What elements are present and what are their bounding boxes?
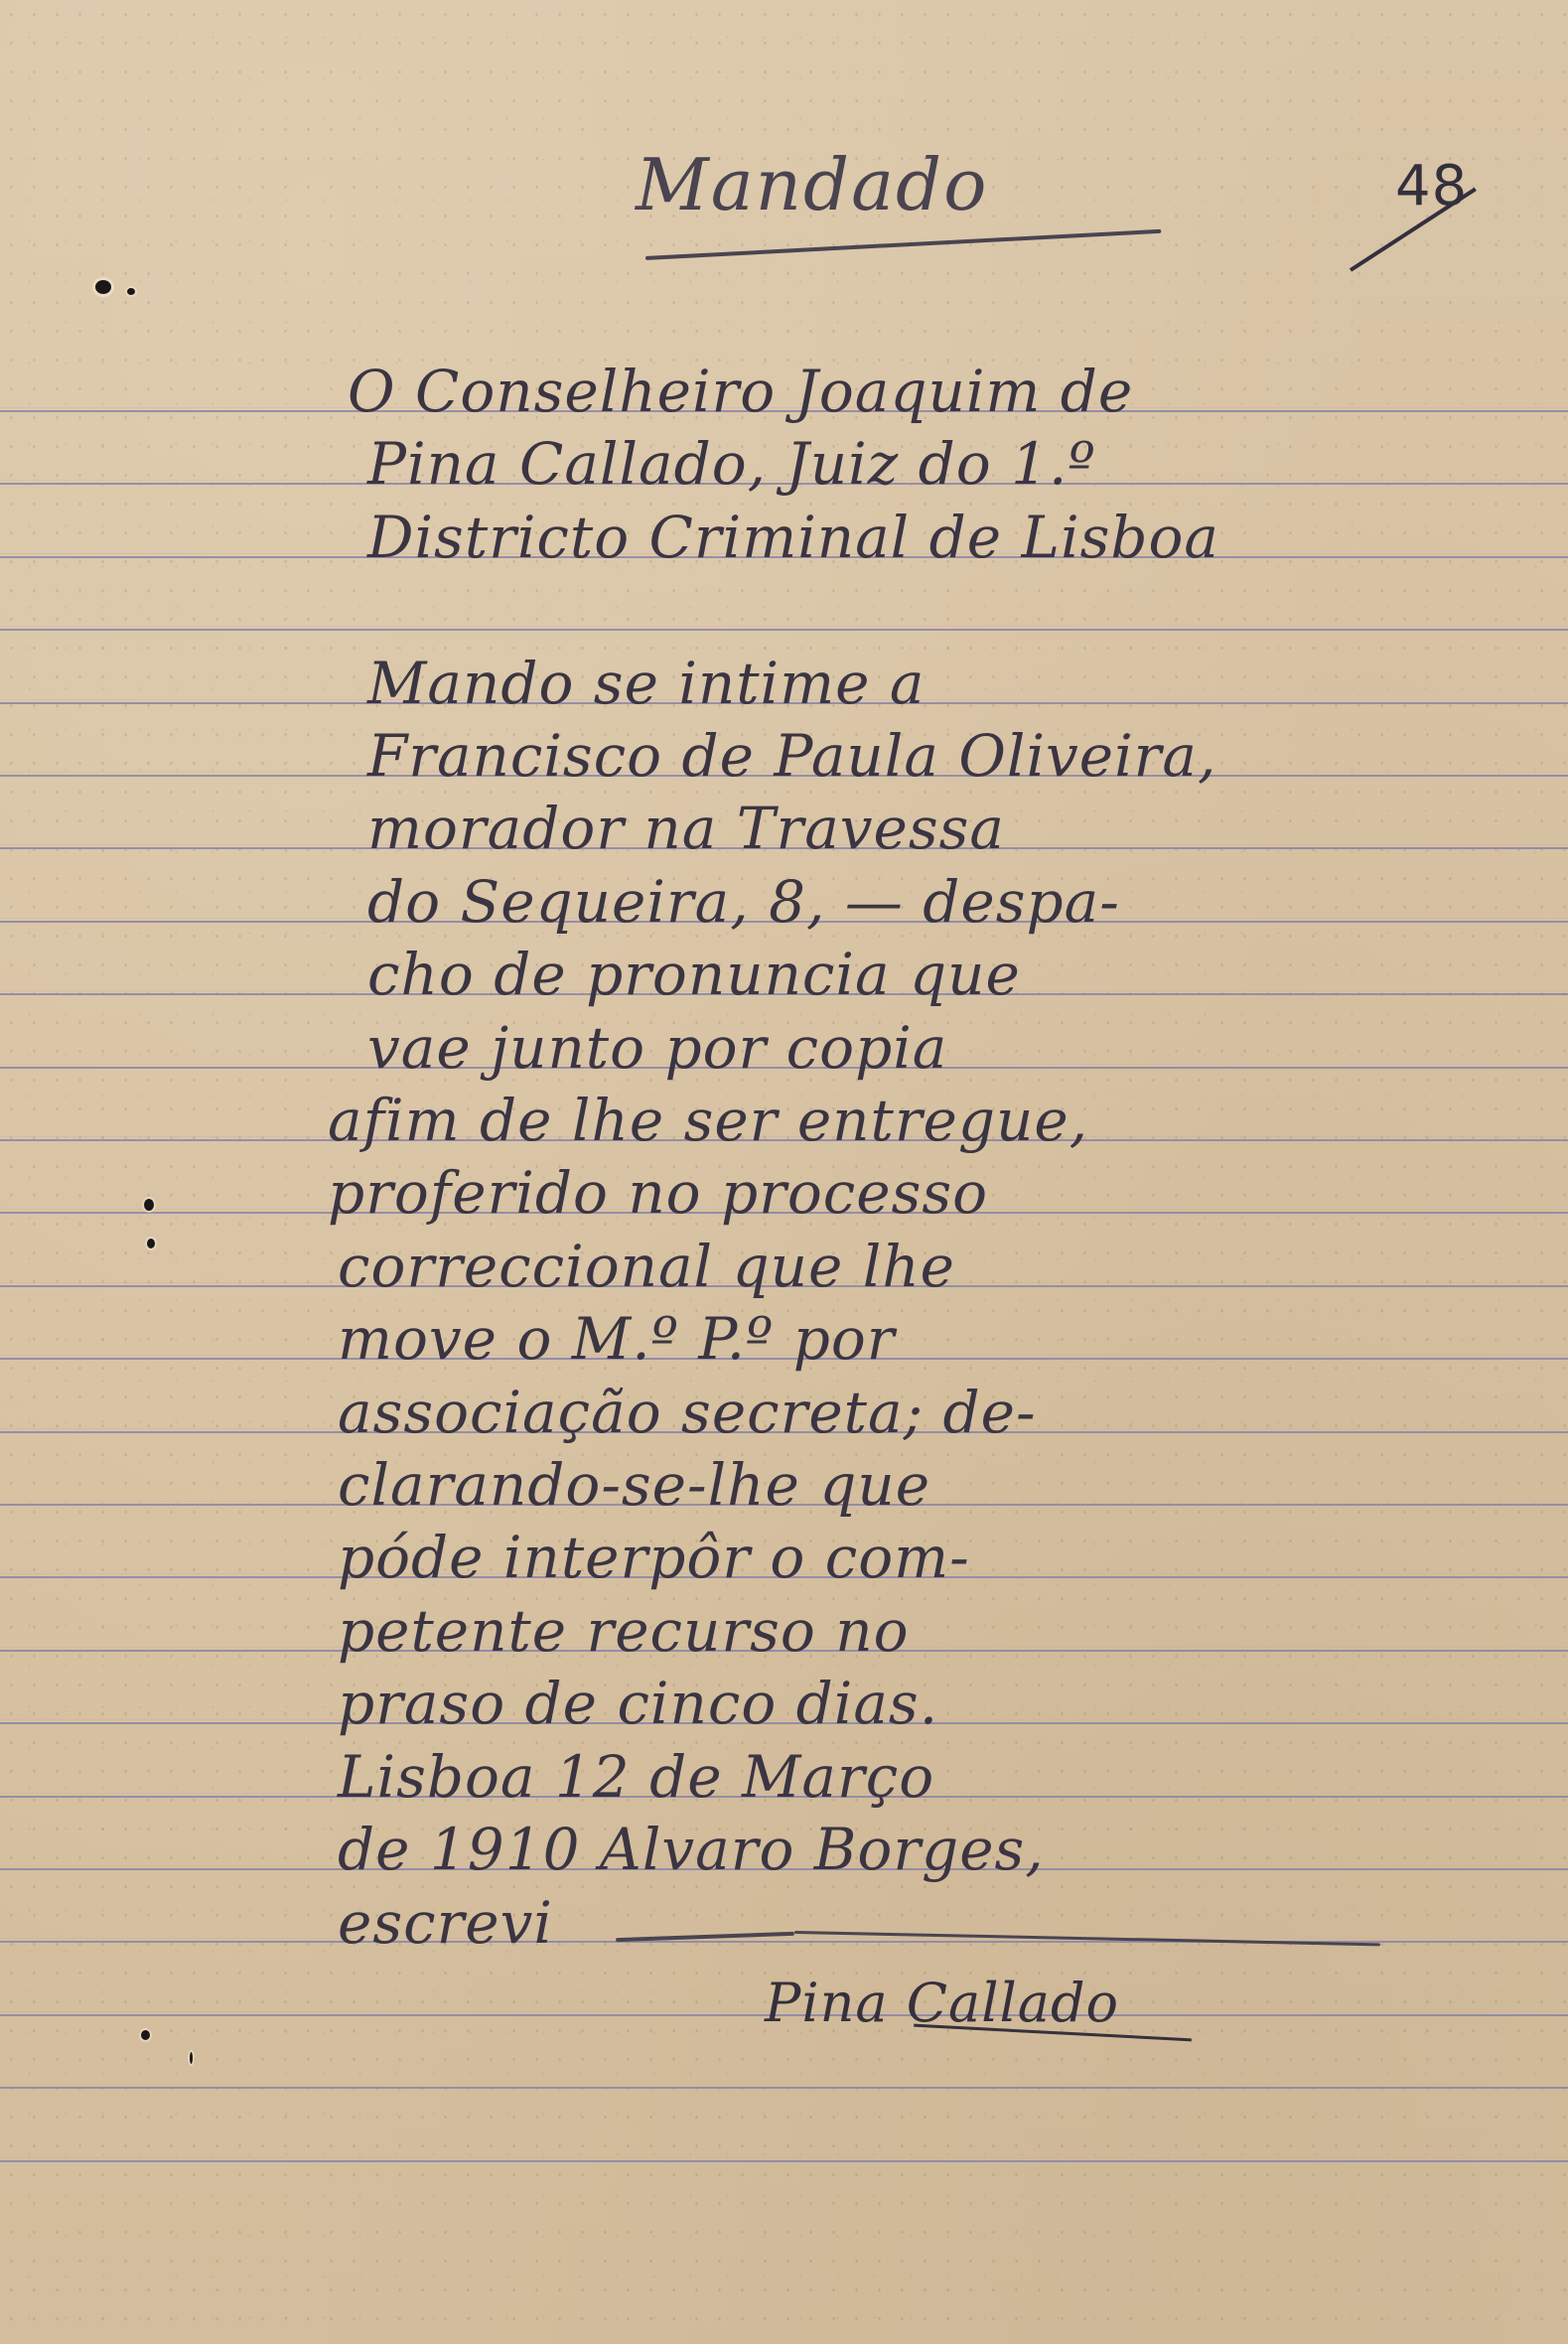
text-line: praso de cinco dias. [338, 1675, 938, 1732]
text-line: do Sequeira, 8, — despa- [367, 873, 1120, 931]
signature: Pina Callado [765, 1977, 1119, 2030]
text-line: Lisboa 12 de Março [338, 1748, 934, 1806]
text-line: clarando-se-lhe que [338, 1456, 930, 1514]
text-line: Mando se intime a [367, 655, 925, 712]
text-line: proferido no processo [328, 1164, 988, 1222]
ruled-line [0, 2160, 1568, 2162]
punch-hole [147, 1239, 155, 1248]
text-line: afim de lhe ser entregue, [328, 1092, 1088, 1149]
text-line: cho de pronuncia que [367, 946, 1021, 1003]
text-line: move o M.º P.º por [338, 1310, 896, 1368]
text-line: póde interpôr o com- [338, 1529, 970, 1586]
text-line: de 1910 Alvaro Borges, [338, 1821, 1045, 1878]
punch-hole [190, 2052, 193, 2064]
ruled-line [0, 629, 1568, 631]
text-line: Francisco de Paula Oliveira, [367, 727, 1216, 785]
punch-hole [127, 288, 135, 295]
ruled-line [0, 2087, 1568, 2089]
title-underline [645, 229, 1161, 260]
text-line: Districto Criminal de Lisboa [367, 509, 1219, 566]
text-line: vae junto por copia [367, 1019, 947, 1077]
text-line: escrevi [338, 1894, 553, 1952]
punch-hole [141, 2030, 150, 2040]
document-title: Mandado [636, 149, 988, 220]
punch-hole [95, 280, 111, 294]
text-line: morador na Travessa [367, 800, 1005, 857]
text-line: Pina Callado, Juiz do 1.º [367, 435, 1096, 493]
document-page: Mandado 48 O Conselheiro Joaquim de Pina… [0, 0, 1568, 2344]
text-line: correccional que lhe [338, 1238, 955, 1295]
text-line: petente recurso no [338, 1602, 910, 1660]
folio-number: 48 [1395, 159, 1468, 215]
text-line: associação secreta; de- [338, 1384, 1037, 1441]
punch-hole [144, 1199, 154, 1211]
text-line: O Conselheiro Joaquim de [348, 363, 1133, 420]
